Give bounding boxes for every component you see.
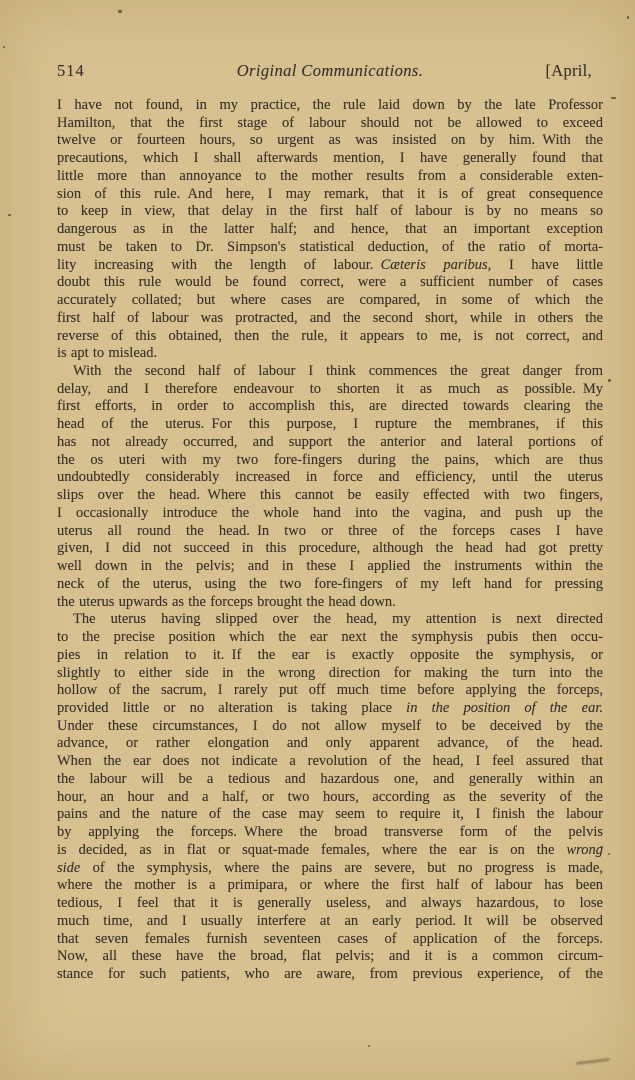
paper-speck <box>627 16 629 19</box>
paper-speck <box>611 97 616 99</box>
text-line: the uterus upwards as the forceps brough… <box>57 594 603 612</box>
text-line: much time, and I usually interfere at an… <box>57 913 603 931</box>
text-line: provided little or no alteration is taki… <box>57 700 603 718</box>
text-line: With the second half of labour I think c… <box>57 363 603 381</box>
paper-speck <box>600 846 603 848</box>
text-line: tedious, I feel that it is generally use… <box>57 895 603 913</box>
text-line: side of the symphysis, where the pains a… <box>57 860 603 878</box>
text-line: hour, an hour and a half, or two hours, … <box>57 789 603 807</box>
text-line: given, I did not succeed in this procedu… <box>57 540 603 558</box>
text-line: stance for such patients, who are aware,… <box>57 966 603 984</box>
text-line: first half of labour was protracted, and… <box>57 310 603 328</box>
text-line: to the precise position which the ear ne… <box>57 629 603 647</box>
text-line: has not already occurred, and support th… <box>57 434 603 452</box>
text-line: twelve or fourteen hours, so urgent as w… <box>57 132 603 150</box>
text-line: by applying the forceps. Where the broad… <box>57 824 603 842</box>
paragraph: The uterus having slipped over the head,… <box>57 611 603 983</box>
text-line: well down in the pelvis; and in these I … <box>57 558 603 576</box>
paper-speck <box>118 10 122 13</box>
text-line: Hamilton, that the first stage of labour… <box>57 115 603 133</box>
text-line: neck of the uterus, using the two fore-f… <box>57 576 603 594</box>
text-line: uterus all round the head. In two or thr… <box>57 523 603 541</box>
text-line: the os uteri with my two fore-fingers du… <box>57 452 603 470</box>
paper-speck <box>368 1045 370 1047</box>
issue-date: [April, <box>545 61 592 81</box>
paragraph: With the second half of labour I think c… <box>57 363 603 611</box>
text-line: When the ear does not indicate a revolut… <box>57 753 603 771</box>
text-line: where the mother is a primipara, or wher… <box>57 877 603 895</box>
text-line: lity increasing with the length of labou… <box>57 257 603 275</box>
text-line: reverse of this obtained, then the rule,… <box>57 328 603 346</box>
journal-section-title: Original Communications. <box>57 61 603 81</box>
text-line: first efforts, in order to accomplish th… <box>57 398 603 416</box>
text-line: slightly to either side in the wrong dir… <box>57 665 603 683</box>
text-line: Under these circumstances, I do not allo… <box>57 718 603 736</box>
text-line: doubt this rule would be found correct, … <box>57 274 603 292</box>
text-line: that seven females furnish seventeen cas… <box>57 931 603 949</box>
text-line: Now, all these have the broad, flat pelv… <box>57 948 603 966</box>
text-line: is decided, as in flat or squat-made fem… <box>57 842 603 860</box>
text-line: must be taken to Dr. Simpson's statistic… <box>57 239 603 257</box>
page-header: 514 Original Communications. [April, <box>57 61 603 83</box>
text-line: sion of this rule. And here, I may remar… <box>57 186 603 204</box>
text-line: delay, and I therefore endeavour to shor… <box>57 381 603 399</box>
text-line: dangerous as in the latter half; and hen… <box>57 221 603 239</box>
text-line: I occasionally introduce the whole hand … <box>57 505 603 523</box>
paper-speck <box>608 853 610 855</box>
text-line: is apt to mislead. <box>57 345 603 363</box>
text-line: head of the uterus. For this purpose, I … <box>57 416 603 434</box>
paper-speck <box>8 214 11 216</box>
paper-background: 514 Original Communications. [April, I h… <box>0 0 635 1080</box>
text-line: the labour will be a tedious and hazardo… <box>57 771 603 789</box>
paper-speck <box>3 46 5 48</box>
paper-smudge <box>576 1058 610 1065</box>
text-line: slips over the head. Where this cannot b… <box>57 487 603 505</box>
scanned-journal-page: { "page_bg": "#ebdaad", "ink_color": "#3… <box>0 0 635 1080</box>
text-line: undoubtedly considerably increased in fo… <box>57 469 603 487</box>
article-body: I have not found, in my practice, the ru… <box>57 97 603 984</box>
text-line: precautions, which I shall afterwards me… <box>57 150 603 168</box>
text-line: The uterus having slipped over the head,… <box>57 611 603 629</box>
text-line: I have not found, in my practice, the ru… <box>57 97 603 115</box>
text-line: advance, or rather elongation and only a… <box>57 735 603 753</box>
text-line: to keep in view, that delay in the first… <box>57 203 603 221</box>
paragraph: I have not found, in my practice, the ru… <box>57 97 603 363</box>
text-line: accurately collated; but where cases are… <box>57 292 603 310</box>
text-line: hollow of the sacrum, I rarely put off m… <box>57 682 603 700</box>
text-line: little more than annoyance to the mother… <box>57 168 603 186</box>
paper-speck <box>608 379 611 382</box>
text-line: pies in relation to it. If the ear is ex… <box>57 647 603 665</box>
text-line: pains and the nature of the case may see… <box>57 806 603 824</box>
